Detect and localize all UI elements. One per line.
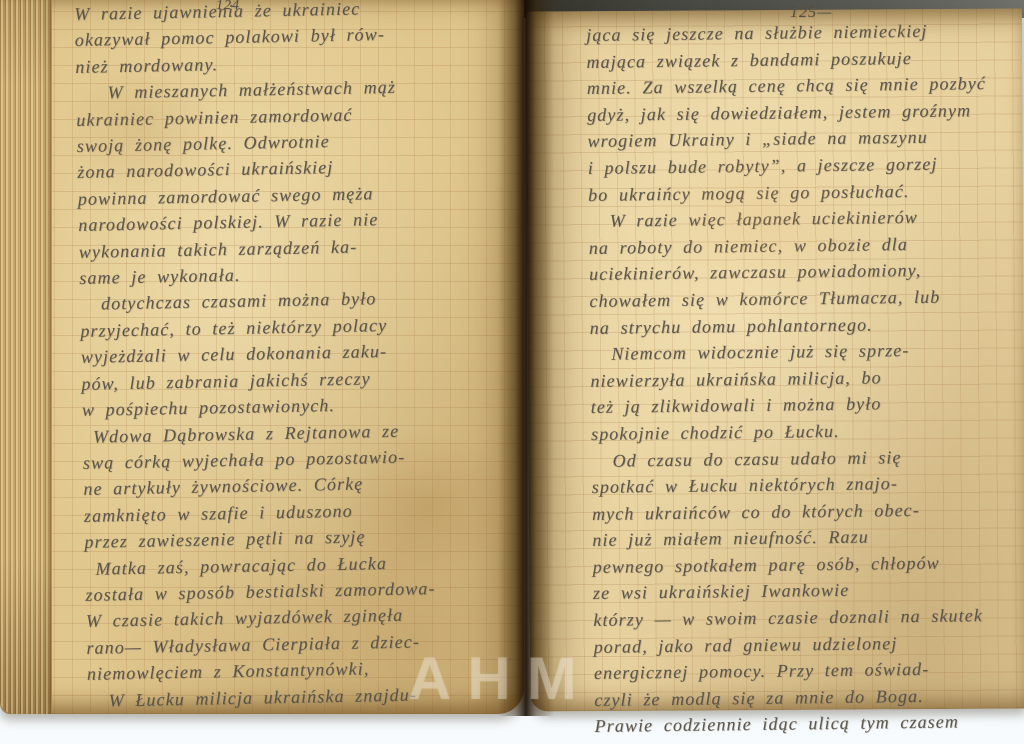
- page-edge-stack: [0, 0, 52, 714]
- page-number-left: 124: [216, 0, 240, 14]
- handwritten-line: którzy — w swoim czasie doznali na skute…: [593, 602, 1024, 634]
- handwriting-right-page: jąca się jeszcze na służbie niemieckiejm…: [586, 17, 1024, 740]
- handwriting-left-page: W razie ujawnienia że ukrainiecokazywał …: [74, 0, 534, 714]
- diary-scan: W razie ujawnienia że ukrainiecokazywał …: [0, 0, 1024, 744]
- archive-watermark: AHM: [408, 644, 708, 713]
- page-number-right: 125—: [790, 4, 832, 22]
